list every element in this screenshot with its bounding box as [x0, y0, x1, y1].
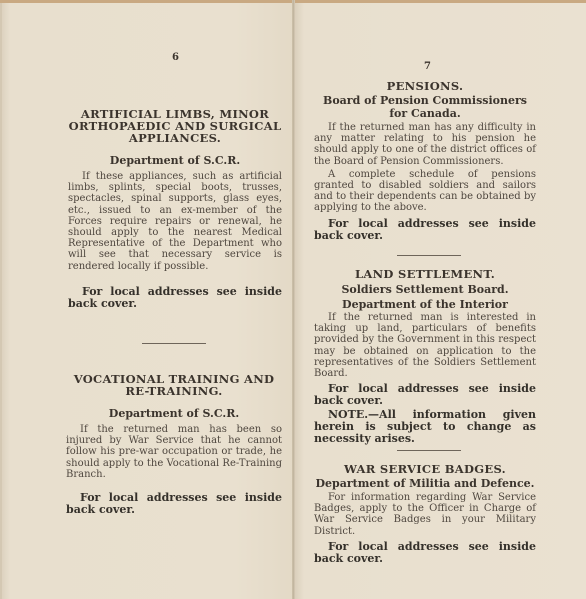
disclaimer-note: NOTE.—All information given herein is su…	[314, 409, 536, 445]
page-number: 6	[172, 52, 179, 63]
section-divider	[397, 450, 461, 451]
address-note: For local addresses see inside back cove…	[68, 286, 282, 310]
department-name-2: Department of the Interior	[314, 298, 536, 311]
address-note: For local addresses see inside back cove…	[314, 218, 536, 242]
department-name: Department of Militia and Defence.	[314, 477, 536, 490]
section-war-service-badges: WAR SERVICE BADGES. Department of Militi…	[314, 463, 536, 565]
department-name: Department of S.C.R.	[68, 154, 282, 167]
address-note: For local addresses see inside back cove…	[66, 492, 282, 516]
department-name: Board of Pension Commissioners for Canad…	[314, 94, 536, 120]
section-vocational-training: VOCATIONAL TRAINING AND RE-TRAINING. Dep…	[66, 373, 282, 516]
section-divider	[142, 343, 206, 344]
page-number: 7	[424, 61, 431, 72]
address-note: For local addresses see inside back cove…	[314, 541, 536, 565]
department-name: Soldiers Settlement Board.	[314, 283, 536, 296]
section-heading: PENSIONS.	[314, 80, 536, 92]
section-divider	[397, 255, 461, 256]
right-page: 7 PENSIONS. Board of Pension Commissione…	[294, 0, 586, 599]
section-heading: WAR SERVICE BADGES.	[314, 463, 536, 475]
section-body: If these appliances, such as artificial …	[68, 171, 282, 272]
section-body-2: A complete schedule of pensions granted …	[314, 169, 536, 214]
section-artificial-limbs: ARTIFICIAL LIMBS, MINOR ORTHOPAEDIC AND …	[68, 108, 282, 310]
section-body: If the returned man is interested in tak…	[314, 312, 536, 379]
section-heading: LAND SETTLEMENT.	[314, 268, 536, 280]
address-note: For local addresses see inside back cove…	[314, 383, 536, 407]
section-body: For information regarding War Service Ba…	[314, 492, 536, 537]
section-body: If the returned man has been so injured …	[66, 424, 282, 480]
left-page: 6 ARTIFICIAL LIMBS, MINOR ORTHOPAEDIC AN…	[0, 0, 294, 599]
section-body: If the returned man has any difficulty i…	[314, 122, 536, 167]
section-pensions: PENSIONS. Board of Pension Commissioners…	[314, 80, 536, 242]
section-heading: VOCATIONAL TRAINING AND RE-TRAINING.	[66, 373, 282, 397]
department-name: Department of S.C.R.	[66, 407, 282, 420]
section-land-settlement: LAND SETTLEMENT. Soldiers Settlement Boa…	[314, 268, 536, 445]
book-gutter	[292, 0, 295, 599]
section-heading: ARTIFICIAL LIMBS, MINOR ORTHOPAEDIC AND …	[68, 108, 282, 144]
